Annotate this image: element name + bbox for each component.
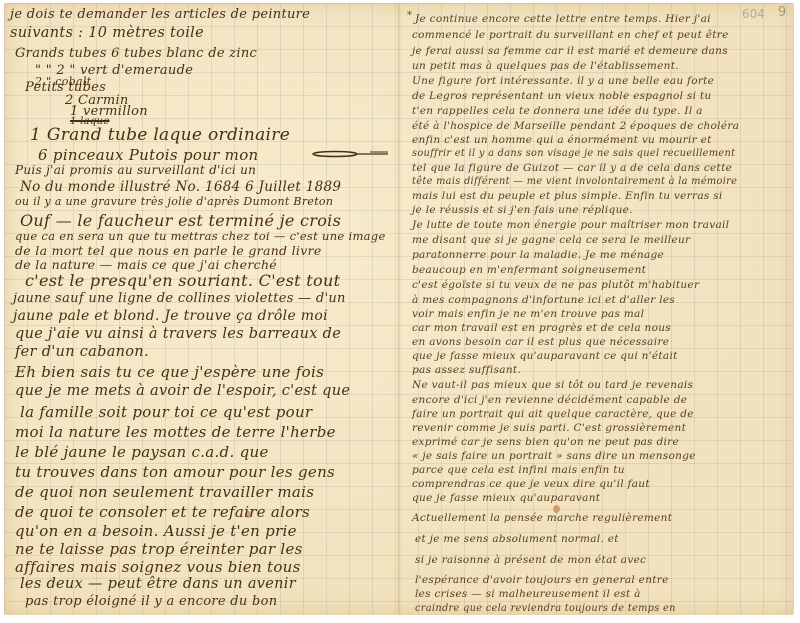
right-line: mais lui est du peuple et plus simple. E… [412, 190, 723, 202]
left-line: fer d'un cabanon. [15, 344, 149, 360]
right-line: tête mais différent — me vient involonta… [412, 176, 737, 187]
left-line: No du monde illustré No. 1684 6 Juillet … [20, 179, 341, 195]
left-line: 1 Grand tube laque ordinaire [30, 125, 290, 145]
left-line: tu trouves dans ton amour pour les gens [15, 463, 335, 481]
right-line: Ne vaut-il pas mieux que si tôt ou tard … [412, 379, 693, 391]
right-line: beaucoup en m'enfermant soigneusement [412, 264, 646, 276]
right-line: Actuellement la pensée marche regulièrem… [412, 512, 672, 524]
left-line: que j'aie vu ainsi à travers les barreau… [15, 326, 341, 342]
right-line: c'est égoïste si tu veux de ne pas plutô… [412, 279, 699, 291]
right-line: je ferai aussi sa femme car il est marié… [412, 45, 728, 57]
left-line: de la nature — mais ce que j'ai cherché [15, 257, 277, 272]
left-line: affaires mais soignez vous bien tous [15, 558, 301, 576]
right-line: été à l'hospice de Marseille pendant 2 é… [412, 120, 739, 132]
left-line: 6 pinceaux Putois pour mon [38, 146, 259, 164]
left-line: jaune sauf une ligne de collines violett… [13, 291, 346, 306]
left-line: ou il y a une gravure très jolie d'après… [15, 195, 333, 208]
left-line: je dois te demander les articles de pein… [10, 7, 310, 22]
page-fold [397, 3, 401, 615]
right-line: je le réussis et si j'en fais une répliq… [412, 204, 633, 216]
left-line: ne te laisse pas trop éreinter par les [15, 540, 303, 558]
right-line: paratonnerre pour la maladie. Je me ména… [412, 249, 664, 261]
right-line: que je fasse mieux qu'auparavant ce qui … [412, 350, 678, 362]
left-line: Puis j'ai promis au surveillant d'ici un [15, 163, 256, 177]
right-line: me disant que si je gagne cela ce sera l… [412, 234, 690, 246]
right-line: « je sais faire un portrait » sans dire … [412, 450, 696, 462]
right-line: car mon travail est en progrès et de cel… [412, 322, 671, 334]
right-line: Je lutte de toute mon énergie pour maîtr… [412, 219, 729, 231]
right-line: encore d'ici j'en revienne décidément ca… [412, 394, 687, 406]
left-line: Eh bien sais tu ce que j'espère une fois [15, 363, 324, 381]
right-line: de Legros représentant un vieux noble es… [412, 90, 711, 102]
right-line: les crises — si malheureusement il est à [415, 588, 641, 600]
right-line: revenir comme je suis parti. C'est gross… [412, 422, 686, 434]
right-line: Je continue encore cette lettre entre te… [415, 13, 711, 25]
right-line: un petit mas à quelques pas de l'établis… [412, 60, 679, 72]
right-line: tel que la figure de Guizot — car il y a… [412, 162, 732, 174]
left-line: Ouf — le faucheur est terminé je crois [20, 211, 341, 230]
right-line: voir mais enfin je ne m'en trouve pas ma… [412, 308, 644, 320]
right-line: faire un portrait qui ait quelque caract… [412, 408, 694, 420]
right-line: si je raisonne à présent de mon état ave… [415, 554, 646, 566]
right-line: comprendras ce que je veux dire qu'il fa… [412, 478, 650, 490]
left-line: de quoi non seulement travailler mais [15, 483, 314, 501]
left-line: que je me mets à avoir de l'espoir, c'es… [15, 383, 350, 399]
left-line: jaune pale et blond. Je trouve ça drôle … [13, 308, 328, 324]
left-line: le blé jaune le paysan c.a.d. que [15, 443, 269, 461]
right-line: à mes compagnons d'infortune ici et d'al… [412, 294, 675, 306]
right-line: craindre que cela reviendra toujours de … [415, 603, 676, 614]
left-line: de la mort tel que nous en parle le gran… [15, 243, 322, 258]
left-line: suivants : 10 mètres toile [10, 25, 204, 41]
left-line: Grands tubes 6 tubes blanc de zinc [15, 46, 257, 61]
left-line: les deux — peut être dans un avenir [20, 576, 296, 592]
right-line: Une figure fort intéressante. il y a une… [412, 75, 714, 87]
left-line: que ca en sera un que tu mettras chez to… [15, 229, 386, 243]
brush-sketch-icon [310, 150, 390, 158]
right-line: commencé le portrait du surveillant en c… [412, 29, 729, 41]
left-line: la famille soit pour toi ce qu'est pour [20, 403, 312, 421]
right-line: parce que cela est infini mais enfin tu [412, 464, 625, 476]
left-page: je dois te demander les articles de pein… [10, 3, 395, 615]
right-line: pas assez suffisant. [412, 364, 521, 376]
right-line: souffrir et il y a dans son visage je ne… [412, 148, 735, 159]
right-line: exprimé car je sens bien qu'on ne peut p… [412, 436, 679, 448]
left-line: qu'on en a besoin. Aussi je t'en prie [15, 522, 297, 540]
left-line: pas trop éloigné il y a encore du bon [25, 594, 277, 609]
right-line: et je me sens absolument normal. et [415, 533, 619, 545]
right-line: en avons besoin car il est plus que néce… [412, 336, 669, 348]
right-line: que je fasse mieux qu'auparavant [412, 492, 600, 504]
right-line: l'espérance d'avoir toujours en general … [415, 574, 669, 586]
right-line: enfin c'est un homme qui a énormément vu… [412, 134, 712, 146]
right-page: Je continue encore cette lettre entre te… [410, 3, 792, 615]
left-line: de quoi te consoler et te refaire alors [15, 503, 310, 521]
left-line: c'est le presqu'en souriant. C'est tout [25, 271, 340, 290]
right-line: t'en rappelles cela te donnera une idée … [412, 105, 703, 117]
left-line: moi la nature les mottes de terre l'herb… [15, 423, 336, 441]
